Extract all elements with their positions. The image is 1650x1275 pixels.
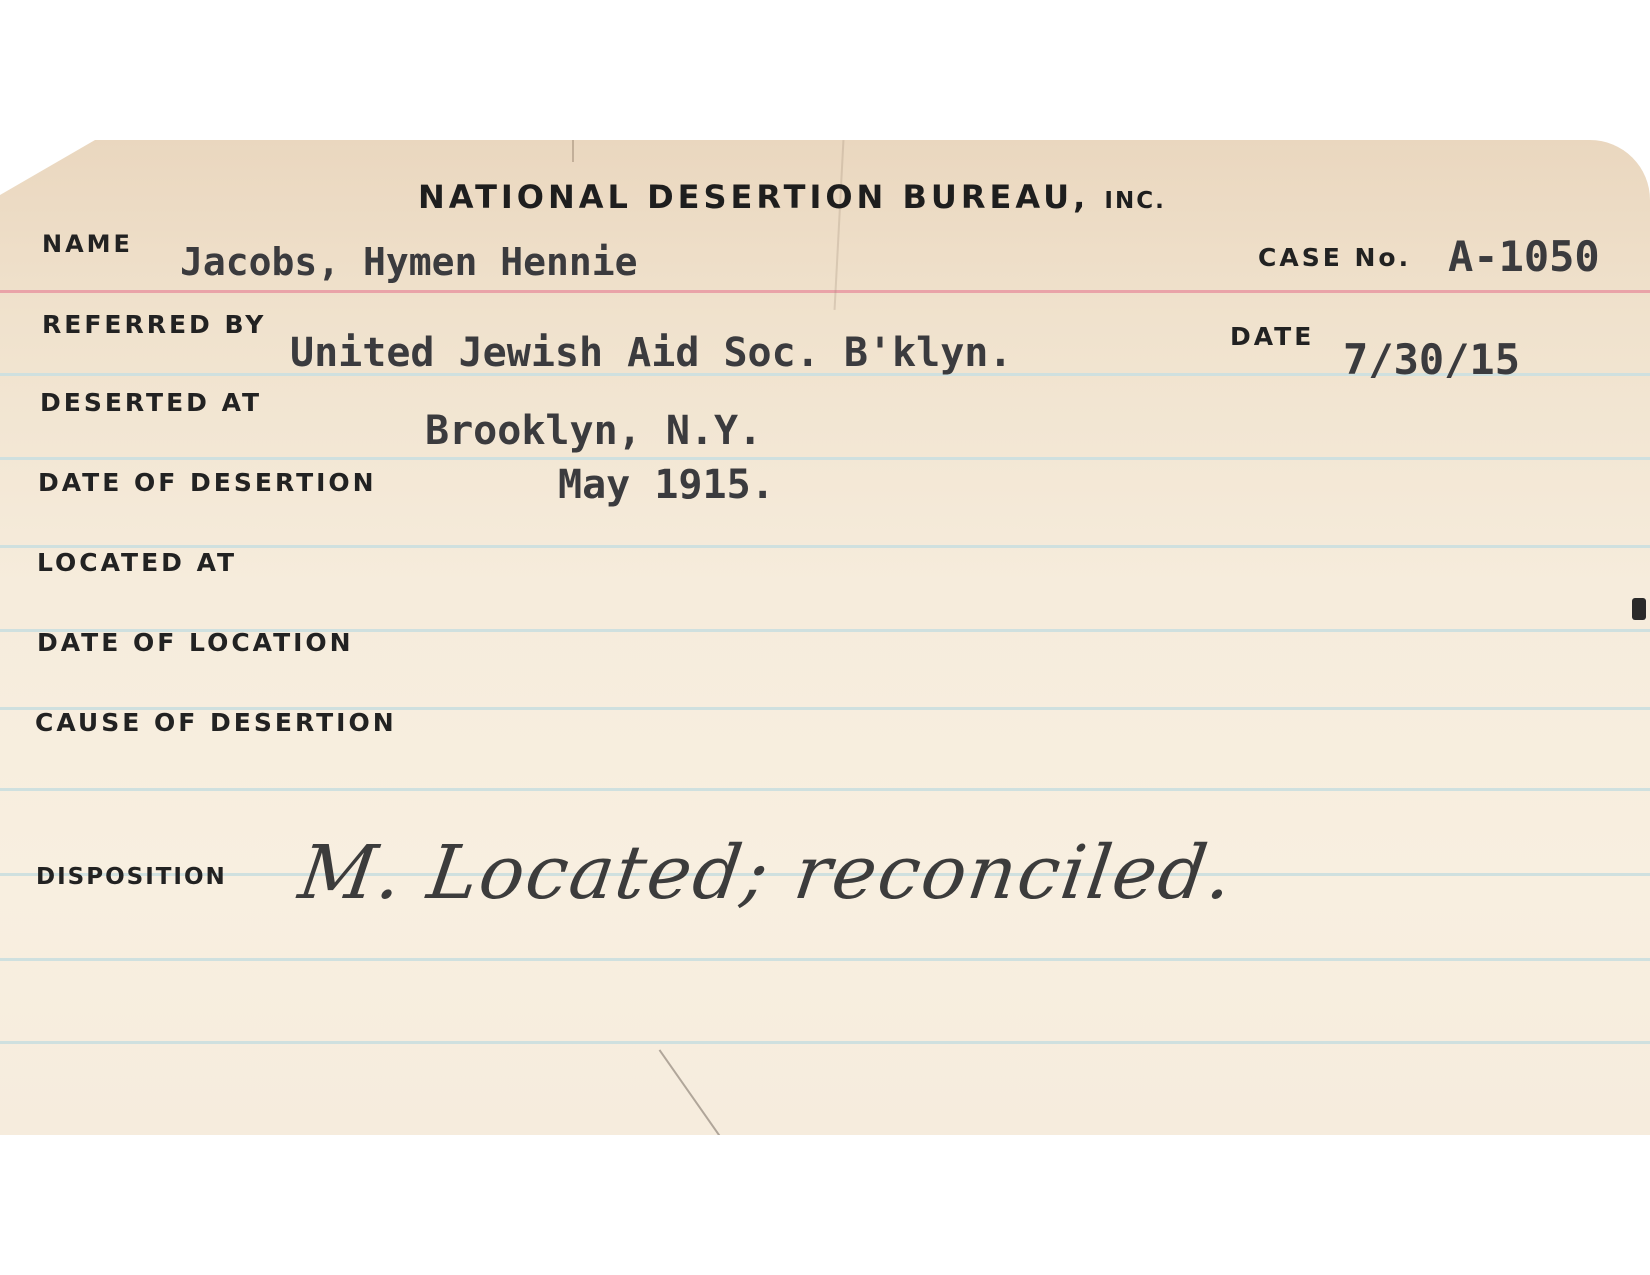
cause-of-desertion-label: CAUSE OF DESERTION [35,708,397,737]
date-value: 7/30/15 [1343,335,1520,384]
deserted-at-value: Brooklyn, N.Y. [425,408,762,454]
referred-by-label: REFERRED BY [42,310,266,339]
name-value: Jacobs, Hymen Hennie [180,240,638,284]
paper-crease [834,140,845,310]
referred-by-value: United Jewish Aid Soc. B'klyn. [290,330,1012,376]
case-no-label: CASE No. [1258,243,1411,272]
case-no-value: A-1050 [1448,232,1600,281]
date-label: DATE [1230,322,1314,351]
card-title: NATIONAL DESERTION BUREAU, INC. [418,178,1166,216]
paper-crease [659,1049,724,1135]
name-label: NAME [42,230,133,258]
bureau-suffix: INC. [1104,188,1165,214]
deserted-at-label: DESERTED AT [40,388,262,417]
bureau-name: NATIONAL DESERTION BUREAU, [418,178,1089,216]
date-of-desertion-label: DATE OF DESERTION [38,468,377,497]
disposition-handwritten-value: M. Located; reconciled. [294,830,1240,916]
blue-rule-line [0,457,1650,460]
located-at-label: LOCATED AT [37,548,237,577]
blue-rule-line [0,788,1650,791]
paper-crease [572,140,574,162]
blue-rule-line [0,1041,1650,1044]
disposition-label: DISPOSITION [36,864,227,890]
index-card: NATIONAL DESERTION BUREAU, INC. NAME Jac… [0,140,1650,1135]
blue-rule-line [0,958,1650,961]
red-rule-line [0,290,1650,293]
blue-rule-line [0,545,1650,548]
ink-spot [1632,598,1646,620]
date-of-desertion-value: May 1915. [558,462,775,508]
date-of-location-label: DATE OF LOCATION [37,628,354,657]
